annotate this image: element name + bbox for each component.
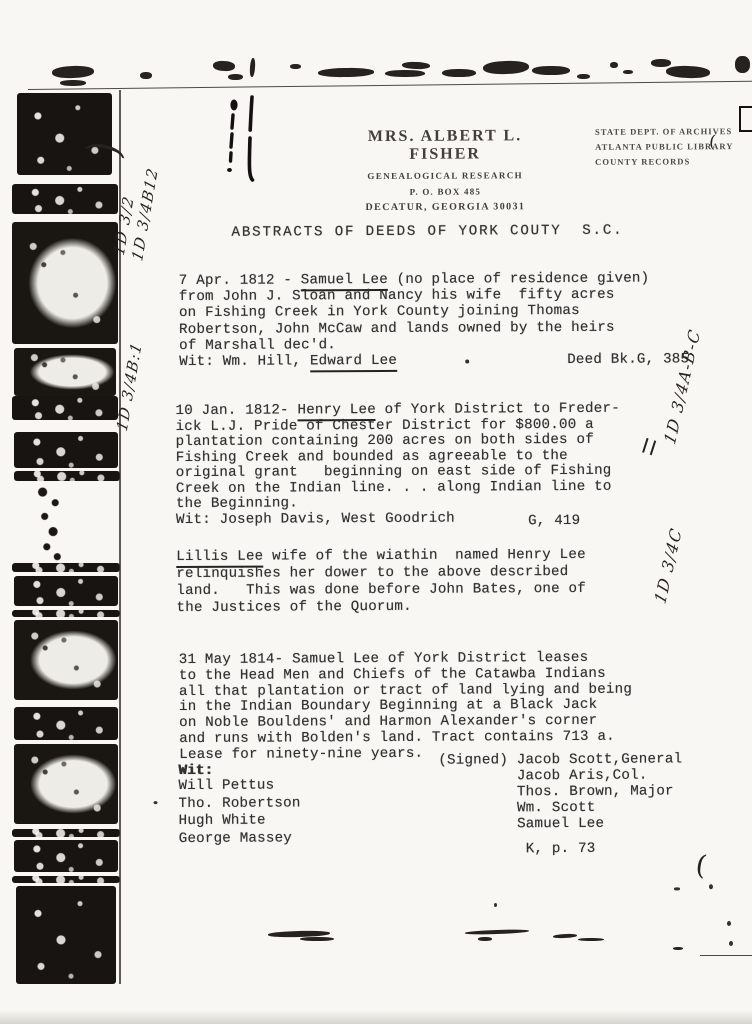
letterhead-subtitle: GENEALOGICAL RESEARCH — [345, 170, 545, 181]
ink-dot — [727, 921, 731, 926]
ink-dot — [154, 801, 158, 804]
letterhead: MRS. ALBERT L. FISHER GENEALOGICAL RESEA… — [345, 127, 545, 213]
margin-note-right-mid: 1D 3/4C — [651, 525, 686, 607]
scan-shadow-band — [0, 1010, 752, 1024]
deed-ref-2: G, 419 — [528, 513, 580, 529]
page-title: ABSTRACTS OF DEEDS OF YORK COUTY S.C. — [231, 223, 623, 241]
deed-entry-2: 10 Jan. 1812- Henry Lee of York District… — [175, 402, 620, 528]
scan-smudge — [673, 947, 683, 950]
document-content: MRS. ALBERT L. FISHER GENEALOGICAL RESEA… — [0, 0, 752, 1024]
signed-list: (Signed) Jacob Scott,General Jacob Aris,… — [438, 751, 682, 832]
text-line: Lillis Lee wife of the wiathin named Hen… — [176, 547, 586, 566]
deed-ref-1: Deed Bk.G, 385 — [567, 351, 689, 368]
text-line: on Fishing Creek in York County joining … — [179, 303, 650, 322]
margin-dash-mark — [642, 438, 656, 455]
ink-dot — [465, 360, 469, 364]
scan-smudge — [478, 937, 492, 941]
letterhead-city: DECATUR, GEORGIA 30031 — [345, 201, 545, 213]
scan-smudge — [300, 937, 334, 941]
handwritten-paren-bottom: ( — [694, 850, 709, 882]
text-line: Robertson, John McCaw and lands owned by… — [179, 319, 650, 338]
text-line: Wm. Scott — [439, 799, 683, 816]
text-line: Creek on the Indian line. . . along Indi… — [176, 479, 621, 497]
ink-dot — [709, 884, 713, 889]
deed-entry-3: Lillis Lee wife of the wiathin named Hen… — [176, 547, 586, 617]
text-line: the Justices of the Quorum. — [176, 598, 586, 617]
deed-entry-4: 31 May 1814- Samuel Lee of York District… — [179, 651, 633, 764]
text-line: George Massey — [179, 830, 301, 848]
text-line: Hugh White — [179, 812, 301, 830]
margin-note-left-mid: 1D 3/4B:1 — [113, 339, 145, 433]
text-line: (Signed) Jacob Scott,General — [438, 751, 682, 768]
margin-note-left-top: 1D 3/2 1D 3/4B12 — [110, 159, 162, 263]
witnesses-label: Wit: — [178, 763, 213, 779]
text-line: Samuel Lee — [439, 815, 683, 832]
scanned-document-page: MRS. ALBERT L. FISHER GENEALOGICAL RESEA… — [0, 0, 752, 1024]
margin-note-right-top: 1D 3/4A-B-C — [661, 326, 705, 447]
ink-dot — [729, 941, 733, 946]
letterhead-name: MRS. ALBERT L. FISHER — [345, 127, 545, 164]
text-line: Thos. Brown, Major — [438, 783, 682, 800]
scan-line-bottom — [700, 955, 752, 956]
scan-smudge — [578, 938, 604, 941]
text-line: Jacob Aris,Col. — [438, 767, 682, 784]
underlined-name: Edward Lee — [310, 353, 397, 372]
text-line: land. This was done before John Bates, o… — [176, 581, 586, 600]
letterhead-po-box: P. O. BOX 485 — [345, 186, 545, 197]
text-line: Will Pettus — [178, 777, 300, 795]
deed-ref-4: K, p. 73 — [526, 841, 596, 857]
ink-dot — [674, 887, 680, 890]
witness-list: Will PettusTho. RobertsonHugh WhiteGeorg… — [178, 777, 300, 848]
ink-dot — [494, 903, 497, 907]
text-line: Tho. Robertson — [178, 795, 300, 813]
text-line: relinquishes her dower to the above desc… — [176, 564, 586, 583]
